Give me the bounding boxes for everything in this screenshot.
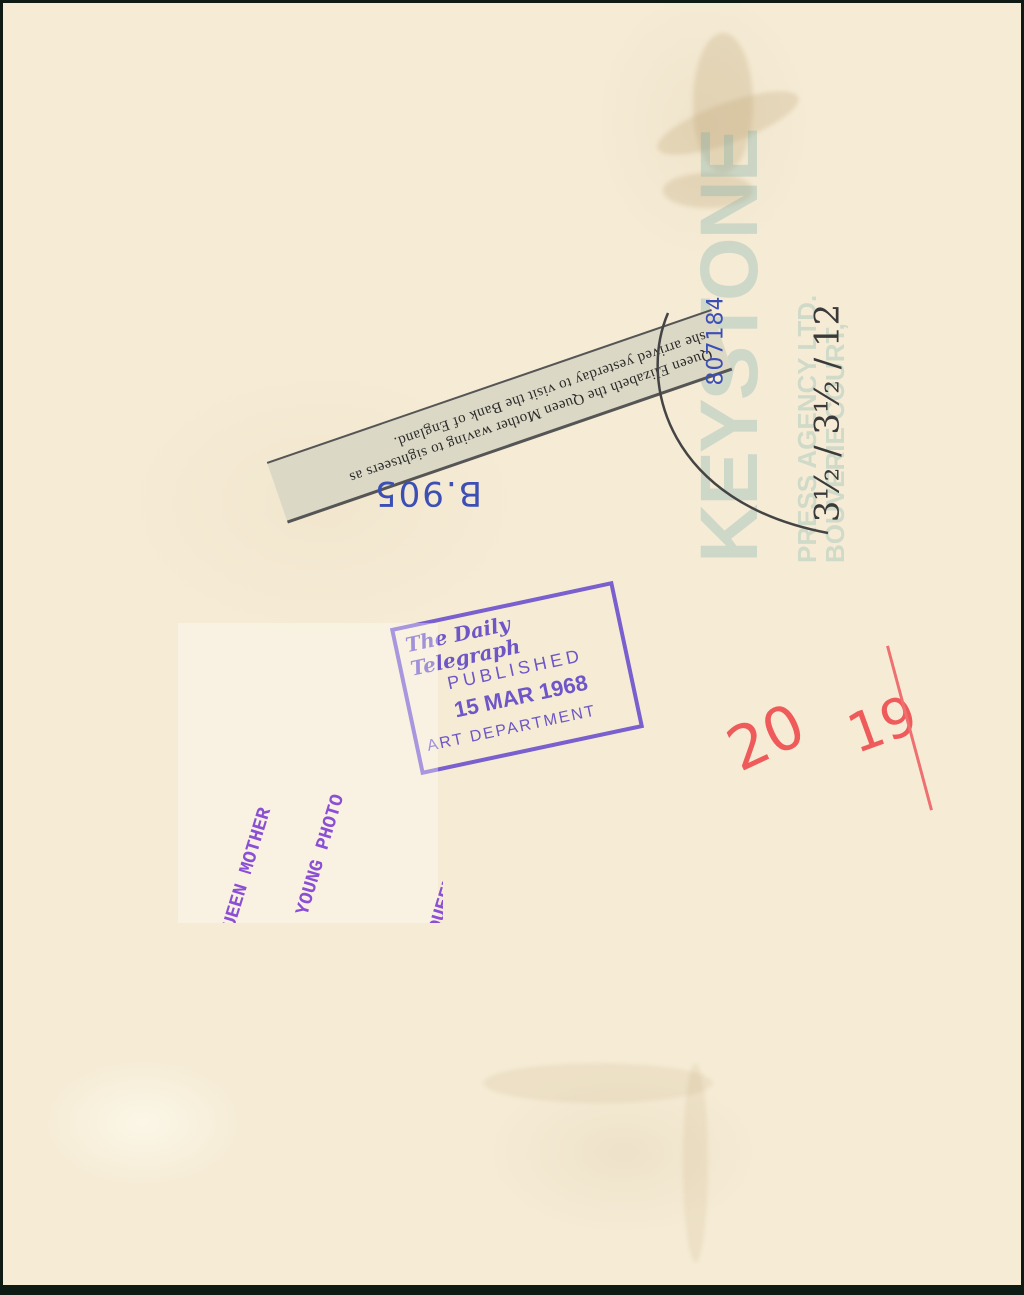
pencil-dimensions: 3½ / 3½ / 12 (812, 304, 842, 523)
water-stain (683, 1063, 708, 1263)
photo-back-paper: KEYSTONE PRESS AGENCY LTD. BOUVERIE COUR… (3, 3, 1021, 1285)
red-pencil-crossed-number: 20 (717, 690, 816, 786)
red-pencil-number: 19 (839, 683, 925, 766)
clipping-line-2: she arrived yesterday to visit the Bank … (284, 326, 708, 488)
water-stain (663, 173, 753, 208)
handwritten-reference-number: B.905 (373, 473, 482, 513)
water-stain (483, 1063, 713, 1103)
typed-caption-fragment: QUEEN MOTHER THE YOUNG PHOTO QUEEN ELI t… (173, 623, 443, 923)
